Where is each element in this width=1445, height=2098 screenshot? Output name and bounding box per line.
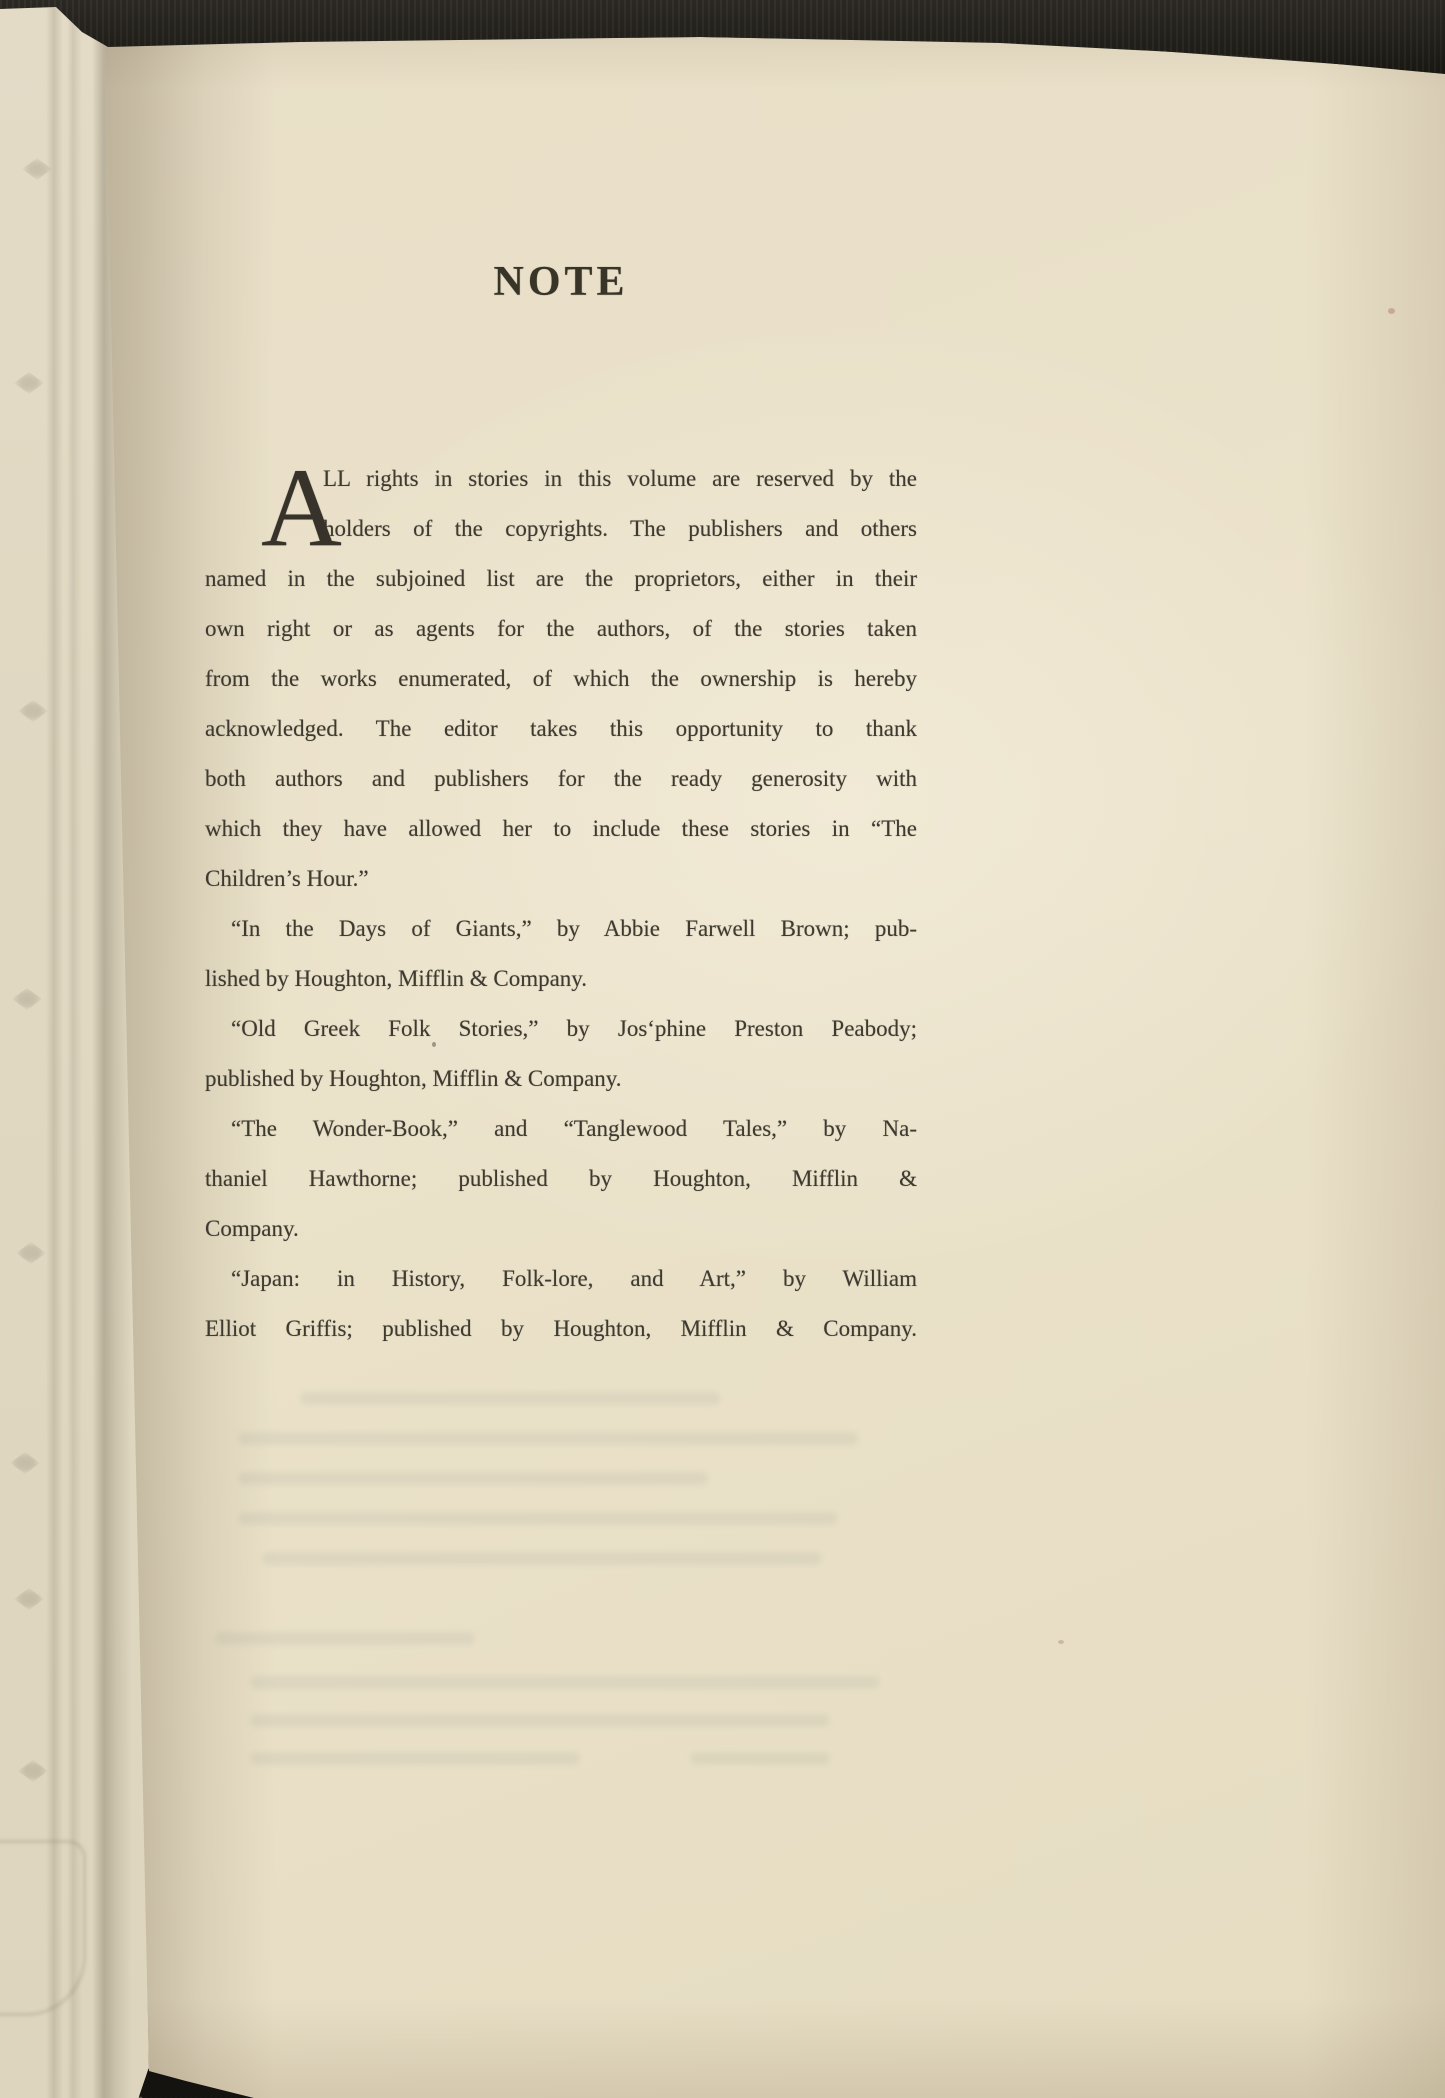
endpaper-motif [16,1242,46,1264]
text-line: Elliot Griffis; published by Houghton, M… [205,1304,917,1354]
text-line: Children’s Hour.” [205,854,917,904]
text-line: which they have allowed her to include t… [205,804,917,854]
note-text: A LL rights in stories in this volume ar… [205,454,917,1354]
endpaper-motif [14,372,44,394]
endpaper-emboss [0,1840,86,2016]
endpaper-motif [22,158,52,180]
paper-speck [1058,1640,1064,1644]
endpaper-motif [18,1760,48,1782]
text-line: “In the Days of Giants,” by Abbie Farwel… [205,904,917,954]
text-line: acknowledged. The editor takes this oppo… [205,704,917,754]
endpaper-motif [10,1452,40,1474]
endpaper-motif [14,1588,44,1610]
text-line: both authors and publishers for the read… [205,754,917,804]
paper-speck [1388,308,1395,314]
text-line: from the works enumerated, of which the … [205,654,917,704]
drop-cap: A [261,452,342,564]
text-line: published by Houghton, Mifflin & Company… [205,1054,917,1104]
text-line: own right or as agents for the authors, … [205,604,917,654]
endpaper-motif [12,988,42,1010]
endpaper-motif [18,700,48,722]
text-line: Company. [205,1204,917,1254]
text-line: lished by Houghton, Mifflin & Company. [205,954,917,1004]
text-line: “Japan: in History, Folk-lore, and Art,”… [205,1254,917,1304]
text-line: thaniel Hawthorne; published by Houghton… [205,1154,917,1204]
text-line: holders of the copyrights. The publisher… [323,504,917,554]
text-line: LL rights in stories in this volume are … [323,454,917,504]
book-photo: { "page": { "title": "NOTE", "dropcap": … [0,0,1445,2098]
text-line: “The Wonder-Book,” and “Tanglewood Tales… [205,1104,917,1154]
page-title: NOTE [205,258,917,306]
text-line: “Old Greek Folk Stories,” by Jos‘phine P… [205,1004,917,1054]
